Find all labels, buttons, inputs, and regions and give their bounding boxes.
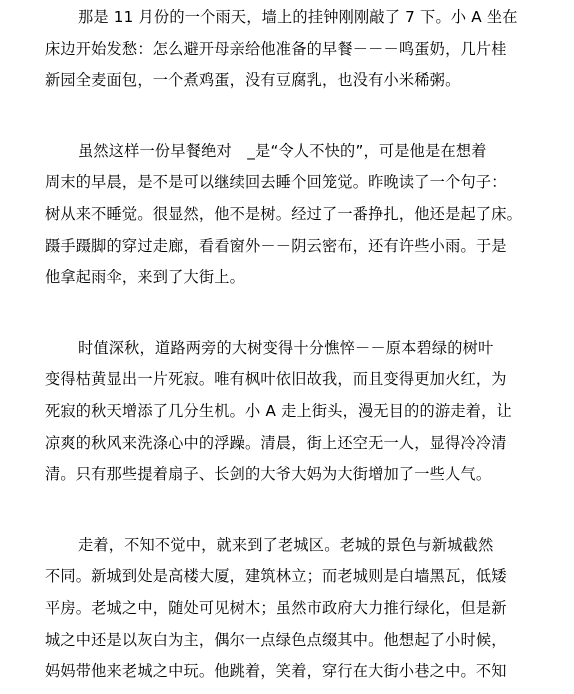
paragraph-4: 走着，不知不觉中，就来到了老城区。老城的景色与新城截然 不同。新城到处是高楼大厦… <box>45 530 491 688</box>
paragraph-line: 那是 11 月份的一个雨天，墙上的挂钟刚刚敲了 7 下。小 A 坐在 <box>45 2 491 34</box>
paragraph-line: 变得枯黄显出一片死寂。唯有枫叶依旧故我，而且变得更加火红，为 <box>45 364 491 396</box>
document-page: 那是 11 月份的一个雨天，墙上的挂钟刚刚敲了 7 下。小 A 坐在 床边开始发… <box>45 2 491 688</box>
paragraph-line: 周末的早晨，是不是可以继续回去睡个回笼觉。昨晚读了一个句子： <box>45 167 491 199</box>
paragraph-line: 清。只有那些提着扇子、长剑的大爷大妈为大街增加了一些人气。 <box>45 459 491 491</box>
paragraph-line: 床边开始发愁：怎么避开母亲给他准备的早餐－－－鸣蛋奶，几片桂 <box>45 34 491 66</box>
paragraph-line: 时值深秋，道路两旁的大树变得十分憔悴－－原本碧绿的树叶 <box>45 333 491 365</box>
paragraph-line: 妈妈带他来老城之中玩。他跳着，笑着，穿行在大街小巷之中。不知 <box>45 656 491 688</box>
paragraph-line: 树从来不睡觉。很显然，他不是树。经过了一番挣扎，他还是起了床。 <box>45 199 491 231</box>
paragraph-line: 平房。老城之中，随处可见树木；虽然市政府大力推行绿化，但是新 <box>45 593 491 625</box>
paragraph-line: 走着，不知不觉中，就来到了老城区。老城的景色与新城截然 <box>45 530 491 562</box>
paragraph-line: 死寂的秋天增添了几分生机。小 A 走上街头，漫无目的的游走着，让 <box>45 396 491 428</box>
paragraph-1: 那是 11 月份的一个雨天，墙上的挂钟刚刚敲了 7 下。小 A 坐在 床边开始发… <box>45 2 491 97</box>
paragraph-line: 新园全麦面包，一个煮鸡蛋，没有豆腐乳，也没有小米稀粥。 <box>45 65 491 97</box>
paragraph-line: 蹑手蹑脚的穿过走廊，看看窗外－－阴云密布，还有许些小雨。于是 <box>45 231 491 263</box>
paragraph-line: 不同。新城到处是高楼大厦，建筑林立；而老城则是白墙黑瓦，低矮 <box>45 561 491 593</box>
paragraph-line: 虽然这样一份早餐绝对 _是“令人不快的”，可是他是在想着 <box>45 136 491 168</box>
paragraph-line: 凉爽的秋风来洗涤心中的浮躁。清晨，街上还空无一人，显得冷冷清 <box>45 428 491 460</box>
paragraph-3: 时值深秋，道路两旁的大树变得十分憔悴－－原本碧绿的树叶 变得枯黄显出一片死寂。唯… <box>45 333 491 491</box>
paragraph-line: 城之中还是以灰白为主，偶尔一点绿色点缀其中。他想起了小时候， <box>45 625 491 657</box>
paragraph-line: 他拿起雨伞，来到了大街上。 <box>45 262 491 294</box>
paragraph-2: 虽然这样一份早餐绝对 _是“令人不快的”，可是他是在想着 周末的早晨，是不是可以… <box>45 136 491 294</box>
